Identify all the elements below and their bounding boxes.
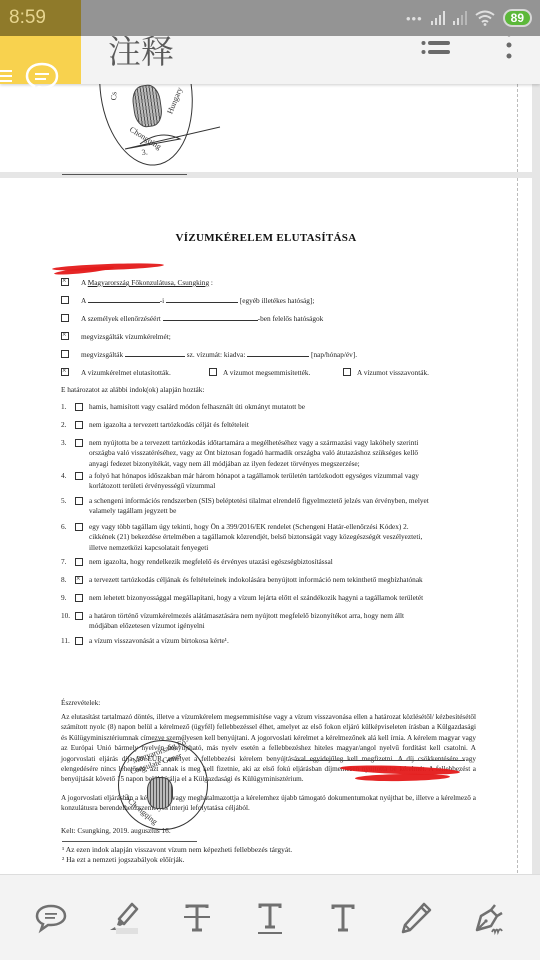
signature-scribble [120,119,240,159]
reason-item: 4.a folyó hat hónapos időszakban már hár… [61,471,66,480]
other-authority-row: A -i [egyéb illetékes hatóság]; [61,296,314,305]
checkbox-checked [61,368,69,376]
wifi-icon [475,10,495,26]
reason-text: a folyó hat hónapos időszakban már három… [89,471,475,492]
reason-item: 6.egy vagy több tagállam úgy tekinti, ho… [61,522,66,531]
reason-text: a vízum visszavonását a vízum birtokosa … [89,636,475,646]
reason-item: 8.a tervezett tartózkodás céljának és fe… [61,575,66,584]
remarks-paragraph-2: A jogorvoslati eljárásban a kérelmező va… [61,793,476,814]
stamp-text: Hungary [165,86,184,115]
menu-icon[interactable] [0,70,12,82]
reason-text: hamis, hamisított vagy csalárd módon fel… [89,402,475,412]
reason-item: 1.hamis, hamisított vagy csalárd módon f… [61,402,66,411]
reason-number: 8. [61,575,66,584]
date-line: Kelt: Csungking, 2019. augusztus 16. [61,826,171,835]
checkbox [209,368,217,376]
reason-number: 2. [61,420,66,429]
checkbox [75,439,83,447]
more-dots-icon: ••• [406,11,423,26]
underline-tool[interactable] [250,898,290,938]
highlighter-icon [106,900,142,936]
checkbox-checked [61,332,69,340]
checkbox [75,472,83,480]
page-margin-line [517,178,518,874]
checkbox [75,594,83,602]
reason-item: 11.a vízum visszavonását a vízum birtoko… [61,636,70,645]
remarks-heading: Észrevételek: [61,698,100,707]
reason-text: a schengeni információs rendszerben (SIS… [89,496,475,517]
checkbox [75,523,83,531]
checkbox [61,314,69,322]
strikethrough-tool[interactable] [177,898,217,938]
examined-visa-row: megvizsgálták sz. vízumát: kiadva: [nap/… [61,350,357,359]
text-tool[interactable] [323,898,363,938]
document-title: VÍZUMKÉRELEM ELUTASÍTÁSA [0,232,532,244]
status-icons: ••• 89 [406,9,532,27]
reason-item: 2.nem igazolta a tervezett tartózkodás c… [61,420,66,429]
highlight-tool[interactable] [104,898,144,938]
reason-text: nem igazolta a tervezett tartózkodás cél… [89,420,475,430]
text-t-icon [325,900,361,936]
reason-number: 10. [61,611,70,620]
signal-weak-icon [453,11,467,25]
examined-application-row: megvizsgálták vízumkérelmét; [61,332,171,341]
reason-item: 7.nem igazolta, hogy rendelkezik megfele… [61,557,66,566]
comment-icon[interactable] [24,61,60,95]
annotation-toolbar [0,874,540,960]
comment-tool[interactable] [31,898,71,938]
reason-text: nem lehetett bizonyossággal megállapítan… [89,593,475,603]
speech-bubble-icon [33,900,69,936]
checkbox [61,296,69,304]
border-control-row: A személyek ellenőrzéséért -ben felelős … [61,314,323,323]
reasons-intro: E határozatot az alábbi indok(ok) alapjá… [61,385,204,394]
signal-icon [431,11,445,25]
checkbox [75,612,83,620]
reason-text: a tervezett tartózkodás céljának és felt… [89,575,475,585]
checkbox [75,421,83,429]
checkbox-checked [75,576,83,584]
reason-number: 4. [61,471,66,480]
page-margin-line [517,84,518,172]
reason-text: nem igazolta, hogy rendelkezik megfelelő… [89,557,475,567]
pencil-tool[interactable] [396,898,436,938]
app-bar: 注释 [0,36,540,84]
reason-text: egy vagy több tagállam úgy tekinti, hogy… [89,522,475,553]
reason-number: 1. [61,402,66,411]
checkbox [75,637,83,645]
reason-number: 9. [61,593,66,602]
reason-number: 11. [61,636,70,645]
document-page: VÍZUMKÉRELEM ELUTASÍTÁSA A Magyarország … [0,178,532,874]
reason-item: 5.a schengeni információs rendszerben (S… [61,496,66,505]
document-page-previous: Cs Chongqing 3. Hungary ¹ Az ezen indok … [0,84,532,172]
document-viewer[interactable]: Cs Chongqing 3. Hungary ¹ Az ezen indok … [0,84,540,874]
checkbox [61,350,69,358]
pencil-icon [398,900,434,936]
reason-item: 10.a határon történő vízumkérelmezés alá… [61,611,70,620]
footnote-rule [62,174,187,175]
underline-t-icon [252,900,288,936]
signature-tool[interactable] [469,898,509,938]
checkbox [75,403,83,411]
checkbox [343,368,351,376]
stamp-text: Cs [109,92,118,101]
reason-text: nem nyújtotta be a tervezett tartózkodás… [89,438,475,469]
status-bar: 8:59 ••• 89 [0,0,540,36]
reason-number: 3. [61,438,66,447]
checkbox-checked [61,278,69,286]
reason-text: a határon történő vízumkérelmezés alátám… [89,611,475,632]
battery-icon: 89 [503,9,532,27]
reason-item: 3.nem nyújtotta be a tervezett tartózkod… [61,438,66,447]
strikethrough-t-icon [179,900,215,936]
reason-number: 6. [61,522,66,531]
checkbox [75,558,83,566]
decision-row: A vízumkérelmet elutasították.A vízumot … [61,368,429,377]
authority-row: A Magyarország Főkonzulátusa, Csungking … [61,278,213,287]
reason-number: 7. [61,557,66,566]
fountain-pen-signature-icon [471,900,507,936]
reason-number: 5. [61,496,66,505]
reason-item: 9.nem lehetett bizonyossággal megállapít… [61,593,66,602]
checkbox [75,497,83,505]
remarks-paragraph-1: Az elutasítást tartalmazó döntés, illetv… [61,712,476,785]
status-time: 8:59 [9,7,46,29]
